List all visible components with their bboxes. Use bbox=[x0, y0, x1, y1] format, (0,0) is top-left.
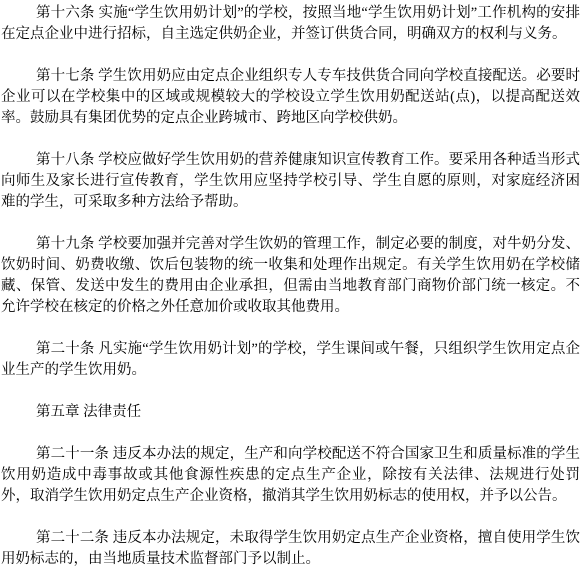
document-viewport: { "document": { "background_color": "#ff… bbox=[0, 0, 582, 570]
paragraph-article-17: 第十七条 学生饮用奶应由定点企业组织专人专车技供货合同向学校直接配送。必要时企业… bbox=[1, 66, 580, 129]
paragraph-article-18: 第十八条 学校应做好学生饮用奶的营养健康知识宣传教育工作。要采用各种适当形式向师… bbox=[1, 150, 580, 213]
chapter-heading-5: 第五章 法律责任 bbox=[1, 402, 580, 423]
paragraph-article-19: 第十九条 学校要加强并完善对学生饮奶的管理工作，制定必要的制度，对牛奶分发、饮奶… bbox=[1, 234, 580, 318]
paragraph-article-20: 第二十条 凡实施“学生饮用奶计划”的学校，学生课间或午餐，只组织学生饮用定点企业… bbox=[1, 339, 580, 381]
paragraph-article-22: 第二十二条 违反本办法规定，未取得学生饮用奶定点生产企业资格，擅自使用学生饮用奶… bbox=[1, 528, 580, 570]
document-page: 第十六条 实施“学生饮用奶计划”的学校，按照当地“学生饮用奶计划”工作机构的安排… bbox=[0, 0, 582, 570]
paragraph-article-21: 第二十一条 违反本办法的规定，生产和向学校配送不符合国家卫生和质量标准的学生饮用… bbox=[1, 444, 580, 507]
paragraph-article-16: 第十六条 实施“学生饮用奶计划”的学校，按照当地“学生饮用奶计划”工作机构的安排… bbox=[1, 3, 580, 45]
